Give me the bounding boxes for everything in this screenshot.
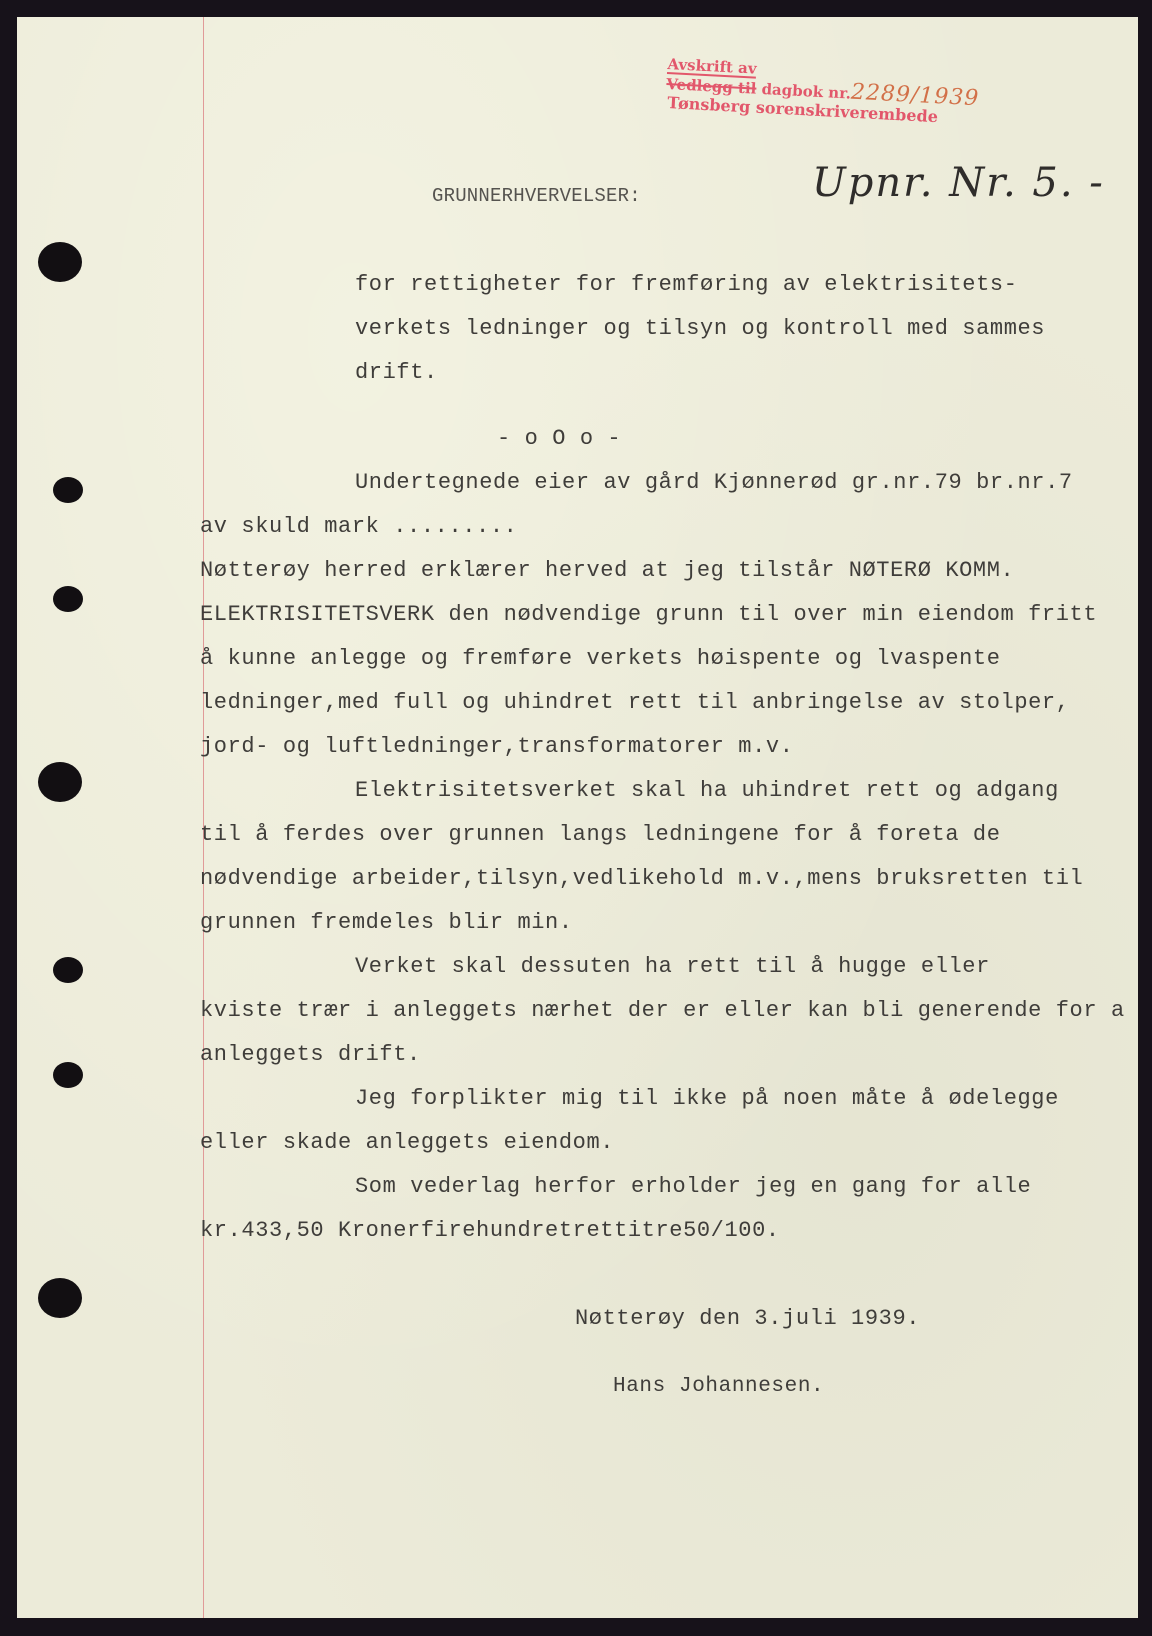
intro-line: verkets ledninger og tilsyn og kontroll … xyxy=(355,316,1045,341)
body-line: å kunne anlegge og fremføre verkets høis… xyxy=(200,646,1001,671)
body-line: Jeg forplikter mig til ikke på noen måte… xyxy=(355,1086,1059,1111)
body-line: ELEKTRISITETSVERK den nødvendige grunn t… xyxy=(200,602,1097,627)
punch-hole-icon xyxy=(38,242,82,282)
body-line: Elektrisitetsverket skal ha uhindret ret… xyxy=(355,778,1059,803)
body-line: Som vederlag herfor erholder jeg en gang… xyxy=(355,1174,1031,1199)
body-line: kviste trær i anleggets nærhet der er el… xyxy=(200,998,1125,1023)
separator: - o O o - xyxy=(497,426,621,451)
body-line: grunnen fremdeles blir min. xyxy=(200,910,573,935)
punch-hole-icon xyxy=(53,477,83,503)
body-line: nødvendige arbeider,tilsyn,vedlikehold m… xyxy=(200,866,1083,891)
body-line: til å ferdes over grunnen langs ledninge… xyxy=(200,822,1001,847)
handwritten-note: Upnr. Nr. 5. - xyxy=(812,160,1105,206)
body-line: Undertegnede eier av gård Kjønnerød gr.n… xyxy=(355,470,1073,495)
intro-line: drift. xyxy=(355,360,438,385)
punch-hole-icon xyxy=(53,957,83,983)
punch-hole-icon xyxy=(38,762,82,802)
punch-hole-icon xyxy=(53,1062,83,1088)
body-line: anleggets drift. xyxy=(200,1042,421,1067)
intro-line: for rettigheter for fremføring av elektr… xyxy=(355,272,1018,297)
signature: Hans Johannesen. xyxy=(613,1375,824,1398)
body-line: kr.433,50 Kronerfirehundretrettitre50/10… xyxy=(200,1218,780,1243)
document-page xyxy=(17,17,1138,1618)
punch-hole-icon xyxy=(53,586,83,612)
body-line: av skuld mark ......... xyxy=(200,514,517,539)
body-line: ledninger,med full og uhindret rett til … xyxy=(200,690,1070,715)
body-line: jord- og luftledninger,transformatorer m… xyxy=(200,734,794,759)
body-line: eller skade anleggets eiendom. xyxy=(200,1130,614,1155)
place-date: Nøtterøy den 3.juli 1939. xyxy=(575,1306,920,1331)
margin-line xyxy=(203,17,204,1618)
punch-hole-icon xyxy=(38,1278,82,1318)
document-heading: GRUNNERHVERVELSER: xyxy=(432,185,641,207)
body-line: Nøtterøy herred erklærer herved at jeg t… xyxy=(200,558,1014,583)
body-line: Verket skal dessuten ha rett til å hugge… xyxy=(355,954,990,979)
